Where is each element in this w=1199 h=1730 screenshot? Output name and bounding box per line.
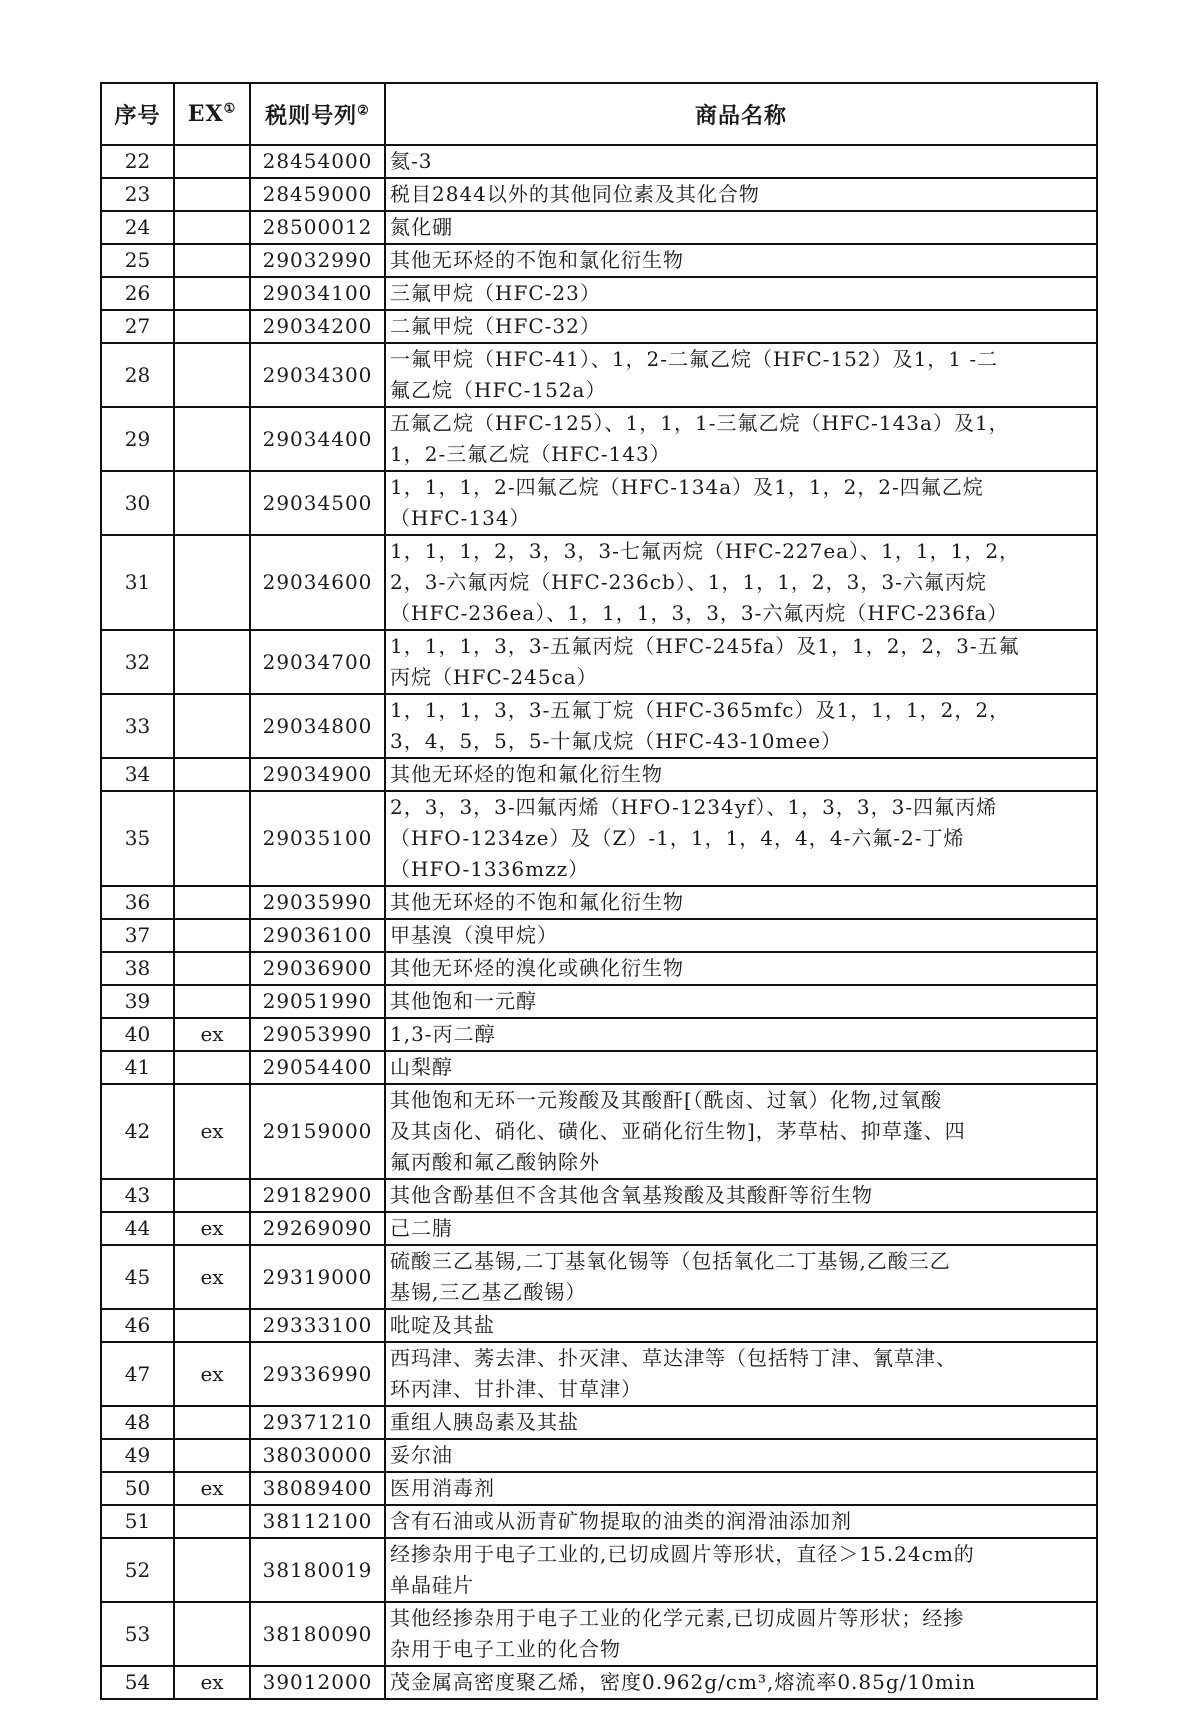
row-ex [174,310,250,343]
product-name-line: （HFO-1336mzz） [390,854,1092,885]
table-row: 5238180019经掺杂用于电子工业的,已切成圆片等形状，直径＞15.24cm… [101,1538,1097,1602]
row-ex [174,919,250,952]
table-row: 50ex38089400医用消毒剂 [101,1472,1097,1505]
table-row: 2729034200二氟甲烷（HFC-32） [101,310,1097,343]
row-tariff-code: 29336990 [250,1342,385,1406]
row-tariff-code: 38180019 [250,1538,385,1602]
row-ex [174,471,250,535]
product-name-line: 己二腈 [390,1213,1092,1244]
product-name-line: 含有石油或从沥青矿物提取的油类的润滑油添加剂 [390,1506,1092,1537]
product-name-line: 氟乙烷（HFC-152a） [390,375,1092,406]
row-product-name: 其他无环烃的溴化或碘化衍生物 [385,952,1097,985]
row-product-name: 己二腈 [385,1212,1097,1245]
product-name-line: 其他饱和一元醇 [390,986,1092,1017]
table-row: 5138112100含有石油或从沥青矿物提取的油类的润滑油添加剂 [101,1505,1097,1538]
table-row: 4829371210重组人胰岛素及其盐 [101,1406,1097,1439]
row-tariff-code: 29034800 [250,694,385,758]
row-ex [174,1309,250,1342]
document-page: 序号 EX① 税则号列② 商品名称 2228454000氦-3232845900… [100,82,1096,1700]
row-tariff-code: 29034900 [250,758,385,791]
row-seq: 29 [101,407,174,471]
table-row: 35290351002，3，3，3-四氟丙烯（HFO-1234yf）、1，3，3… [101,791,1097,886]
row-seq: 47 [101,1342,174,1406]
product-name-line: 其他无环烃的饱和氟化衍生物 [390,759,1092,790]
header-name: 商品名称 [385,83,1097,145]
product-name-line: 2，3，3，3-四氟丙烯（HFO-1234yf）、1，3，3，3-四氟丙烯 [390,792,1092,823]
header-ex-label: EX [188,101,224,127]
row-seq: 31 [101,535,174,630]
product-name-line: 其他饱和无环一元羧酸及其酸酐[（酰卤、过氧）化物,过氧酸 [390,1085,1092,1116]
row-seq: 50 [101,1472,174,1505]
product-name-line: 其他无环烃的溴化或碘化衍生物 [390,953,1092,984]
row-seq: 28 [101,343,174,407]
product-name-line: 税目2844以外的其他同位素及其化合物 [390,179,1092,210]
product-name-line: 氦-3 [390,146,1092,177]
row-seq: 48 [101,1406,174,1439]
table-row: 2829034300一氟甲烷（HFC-41）、1，2-二氟乙烷（HFC-152）… [101,343,1097,407]
footnote-marker-1: ① [224,102,237,117]
row-seq: 44 [101,1212,174,1245]
table-row: 4129054400山梨醇 [101,1051,1097,1084]
row-seq: 45 [101,1245,174,1309]
row-product-name: 西玛津、莠去津、扑灭津、草达津等（包括特丁津、氰草津、环丙津、甘扑津、甘草津） [385,1342,1097,1406]
row-product-name: 1，1，1，3，3-五氟丙烷（HFC-245fa）及1，1，2，2，3-五氟丙烷… [385,630,1097,694]
row-seq: 37 [101,919,174,952]
row-tariff-code: 29035100 [250,791,385,886]
header-code: 税则号列② [250,83,385,145]
product-name-line: 硫酸三乙基锡,二丁基氧化锡等（包括氧化二丁基锡,乙酸三乙 [390,1246,1092,1277]
row-tariff-code: 29051990 [250,985,385,1018]
table-row: 5338180090其他经掺杂用于电子工业的化学元素,已切成圆片等形状；经掺杂用… [101,1602,1097,1666]
product-name-line: 其他无环烃的不饱和氟化衍生物 [390,887,1092,918]
table-row: 2929034400五氟乙烷（HFC-125）、1，1，1-三氟乙烷（HFC-1… [101,407,1097,471]
row-seq: 30 [101,471,174,535]
row-ex [174,758,250,791]
table-row: 3429034900其他无环烃的饱和氟化衍生物 [101,758,1097,791]
row-tariff-code: 29159000 [250,1084,385,1179]
row-product-name: 氦-3 [385,145,1097,178]
row-seq: 34 [101,758,174,791]
product-name-line: 1,3-丙二醇 [390,1019,1092,1050]
row-product-name: 氮化硼 [385,211,1097,244]
row-seq: 49 [101,1439,174,1472]
row-ex [174,343,250,407]
table-row: 33290348001，1，1，3，3-五氟丁烷（HFC-365mfc）及1，1… [101,694,1097,758]
row-product-name: 妥尔油 [385,1439,1097,1472]
row-product-name: 税目2844以外的其他同位素及其化合物 [385,178,1097,211]
row-product-name: 重组人胰岛素及其盐 [385,1406,1097,1439]
row-product-name: 硫酸三乙基锡,二丁基氧化锡等（包括氧化二丁基锡,乙酸三乙基锡,三乙基乙酸锡） [385,1245,1097,1309]
product-name-line: 甲基溴（溴甲烷） [390,920,1092,951]
row-tariff-code: 29034400 [250,407,385,471]
row-tariff-code: 29034300 [250,343,385,407]
table-body: 2228454000氦-32328459000税目2844以外的其他同位素及其化… [101,145,1097,1699]
row-ex: ex [174,1666,250,1699]
row-tariff-code: 29053990 [250,1018,385,1051]
row-ex [174,1439,250,1472]
product-name-line: 1，1，1，3，3-五氟丁烷（HFC-365mfc）及1，1，1，2，2， [390,695,1092,726]
table-row: 4938030000妥尔油 [101,1439,1097,1472]
row-product-name: 其他饱和无环一元羧酸及其酸酐[（酰卤、过氧）化物,过氧酸及其卤化、硝化、磺化、亚… [385,1084,1097,1179]
row-ex [174,1602,250,1666]
product-name-line: 山梨醇 [390,1052,1092,1083]
row-ex [174,211,250,244]
row-product-name: 1，1，1，2-四氟乙烷（HFC-134a）及1，1，2，2-四氟乙烷（HFC-… [385,471,1097,535]
row-seq: 38 [101,952,174,985]
product-name-line: 1，1，1，3，3-五氟丙烷（HFC-245fa）及1，1，2，2，3-五氟 [390,631,1092,662]
table-row: 2529032990其他无环烃的不饱和氯化衍生物 [101,244,1097,277]
row-product-name: 其他含酚基但不含其他含氧基羧酸及其酸酐等衍生物 [385,1179,1097,1212]
product-name-line: 经掺杂用于电子工业的,已切成圆片等形状，直径＞15.24cm的 [390,1539,1092,1570]
row-product-name: 1，1，1，2，3，3，3-七氟丙烷（HFC-227ea）、1，1，1，2，2，… [385,535,1097,630]
table-row: 42ex29159000其他饱和无环一元羧酸及其酸酐[（酰卤、过氧）化物,过氧酸… [101,1084,1097,1179]
row-ex [174,1179,250,1212]
row-tariff-code: 29269090 [250,1212,385,1245]
row-seq: 35 [101,791,174,886]
product-name-line: 重组人胰岛素及其盐 [390,1407,1092,1438]
row-tariff-code: 39012000 [250,1666,385,1699]
row-ex [174,630,250,694]
table-row: 54ex39012000茂金属高密度聚乙烯，密度0.962g/cm³,熔流率0.… [101,1666,1097,1699]
table-row: 2328459000税目2844以外的其他同位素及其化合物 [101,178,1097,211]
row-ex: ex [174,1018,250,1051]
table-row: 3829036900其他无环烃的溴化或碘化衍生物 [101,952,1097,985]
row-seq: 23 [101,178,174,211]
table-row: 2428500012氮化硼 [101,211,1097,244]
row-product-name: 医用消毒剂 [385,1472,1097,1505]
table-row: 40ex290539901,3-丙二醇 [101,1018,1097,1051]
row-product-name: 山梨醇 [385,1051,1097,1084]
row-tariff-code: 38112100 [250,1505,385,1538]
row-seq: 42 [101,1084,174,1179]
row-ex [174,694,250,758]
table-row: 32290347001，1，1，3，3-五氟丙烷（HFC-245fa）及1，1，… [101,630,1097,694]
row-product-name: 含有石油或从沥青矿物提取的油类的润滑油添加剂 [385,1505,1097,1538]
row-ex: ex [174,1212,250,1245]
table-row: 47ex29336990西玛津、莠去津、扑灭津、草达津等（包括特丁津、氰草津、环… [101,1342,1097,1406]
product-name-line: 二氟甲烷（HFC-32） [390,311,1092,342]
product-name-line: 氟丙酸和氟乙酸钠除外 [390,1147,1092,1178]
row-seq: 52 [101,1538,174,1602]
row-tariff-code: 29034700 [250,630,385,694]
row-product-name: 1,3-丙二醇 [385,1018,1097,1051]
row-seq: 51 [101,1505,174,1538]
tariff-table: 序号 EX① 税则号列② 商品名称 2228454000氦-3232845900… [100,82,1098,1700]
row-tariff-code: 29319000 [250,1245,385,1309]
product-name-line: 吡啶及其盐 [390,1310,1092,1341]
row-tariff-code: 29035990 [250,886,385,919]
row-tariff-code: 38030000 [250,1439,385,1472]
row-tariff-code: 28500012 [250,211,385,244]
row-product-name: 吡啶及其盐 [385,1309,1097,1342]
product-name-line: 妥尔油 [390,1440,1092,1471]
row-seq: 26 [101,277,174,310]
row-tariff-code: 29036100 [250,919,385,952]
table-row: 2629034100三氟甲烷（HFC-23） [101,277,1097,310]
product-name-line: 2，3-六氟丙烷（HFC-236cb）、1，1，1，2，3，3-六氟丙烷 [390,567,1092,598]
row-ex [174,886,250,919]
row-seq: 43 [101,1179,174,1212]
row-ex [174,145,250,178]
row-product-name: 其他无环烃的不饱和氟化衍生物 [385,886,1097,919]
row-product-name: 三氟甲烷（HFC-23） [385,277,1097,310]
row-seq: 32 [101,630,174,694]
table-row: 2228454000氦-3 [101,145,1097,178]
row-seq: 54 [101,1666,174,1699]
product-name-line: 五氟乙烷（HFC-125）、1，1，1-三氟乙烷（HFC-143a）及1， [390,408,1092,439]
row-product-name: 其他无环烃的饱和氟化衍生物 [385,758,1097,791]
product-name-line: （HFC-134） [390,503,1092,534]
row-seq: 25 [101,244,174,277]
row-product-name: 甲基溴（溴甲烷） [385,919,1097,952]
product-name-line: 单晶硅片 [390,1570,1092,1601]
product-name-line: 西玛津、莠去津、扑灭津、草达津等（包括特丁津、氰草津、 [390,1343,1092,1374]
table-row: 3929051990其他饱和一元醇 [101,985,1097,1018]
product-name-line: 1，1，1，2，3，3，3-七氟丙烷（HFC-227ea）、1，1，1，2， [390,536,1092,567]
row-seq: 22 [101,145,174,178]
table-row: 4629333100吡啶及其盐 [101,1309,1097,1342]
product-name-line: 一氟甲烷（HFC-41）、1，2-二氟乙烷（HFC-152）及1，1 -二 [390,344,1092,375]
row-product-name: 1，1，1，3，3-五氟丁烷（HFC-365mfc）及1，1，1，2，2，3，4… [385,694,1097,758]
product-name-line: 环丙津、甘扑津、甘草津） [390,1374,1092,1405]
product-name-line: 1，2-三氟乙烷（HFC-143） [390,439,1092,470]
row-ex: ex [174,1342,250,1406]
table-row: 3729036100甲基溴（溴甲烷） [101,919,1097,952]
header-seq: 序号 [101,83,174,145]
product-name-line: 三氟甲烷（HFC-23） [390,278,1092,309]
row-ex [174,1051,250,1084]
row-tariff-code: 28454000 [250,145,385,178]
row-seq: 33 [101,694,174,758]
header-seq-label: 序号 [114,103,160,129]
product-name-line: 丙烷（HFC-245ca） [390,662,1092,693]
table-row: 4329182900其他含酚基但不含其他含氧基羧酸及其酸酐等衍生物 [101,1179,1097,1212]
row-product-name: 二氟甲烷（HFC-32） [385,310,1097,343]
row-ex: ex [174,1084,250,1179]
product-name-line: 及其卤化、硝化、磺化、亚硝化衍生物]，茅草枯、抑草蓬、四 [390,1116,1092,1147]
row-seq: 40 [101,1018,174,1051]
row-seq: 27 [101,310,174,343]
row-product-name: 茂金属高密度聚乙烯，密度0.962g/cm³,熔流率0.85g/10min [385,1666,1097,1699]
row-seq: 36 [101,886,174,919]
product-name-line: （HFC-236ea）、1，1，1，3，3，3-六氟丙烷（HFC-236fa） [390,598,1092,629]
product-name-line: 基锡,三乙基乙酸锡） [390,1277,1092,1308]
product-name-line: 其他无环烃的不饱和氯化衍生物 [390,245,1092,276]
table-row: 45ex29319000硫酸三乙基锡,二丁基氧化锡等（包括氧化二丁基锡,乙酸三乙… [101,1245,1097,1309]
row-tariff-code: 29032990 [250,244,385,277]
row-product-name: 其他饱和一元醇 [385,985,1097,1018]
row-tariff-code: 29182900 [250,1179,385,1212]
row-product-name: 经掺杂用于电子工业的,已切成圆片等形状，直径＞15.24cm的单晶硅片 [385,1538,1097,1602]
row-seq: 41 [101,1051,174,1084]
product-name-line: （HFO-1234ze）及（Z）-1，1，1，4，4，4-六氟-2-丁烯 [390,823,1092,854]
product-name-line: 茂金属高密度聚乙烯，密度0.962g/cm³,熔流率0.85g/10min [390,1667,1092,1698]
footnote-marker-2: ② [357,103,370,118]
row-tariff-code: 29333100 [250,1309,385,1342]
product-name-line: 氮化硼 [390,212,1092,243]
row-ex [174,244,250,277]
row-seq: 24 [101,211,174,244]
row-ex [174,791,250,886]
row-product-name: 一氟甲烷（HFC-41）、1，2-二氟乙烷（HFC-152）及1，1 -二氟乙烷… [385,343,1097,407]
row-ex: ex [174,1472,250,1505]
header-name-label: 商品名称 [695,103,787,129]
row-seq: 46 [101,1309,174,1342]
row-tariff-code: 29034200 [250,310,385,343]
table-row: 31290346001，1，1，2，3，3，3-七氟丙烷（HFC-227ea）、… [101,535,1097,630]
row-tariff-code: 29054400 [250,1051,385,1084]
row-tariff-code: 29371210 [250,1406,385,1439]
row-ex [174,407,250,471]
row-ex [174,985,250,1018]
header-ex: EX① [174,83,250,145]
row-tariff-code: 29034100 [250,277,385,310]
row-ex [174,952,250,985]
row-product-name: 其他无环烃的不饱和氯化衍生物 [385,244,1097,277]
row-ex: ex [174,1245,250,1309]
row-product-name: 2，3，3，3-四氟丙烯（HFO-1234yf）、1，3，3，3-四氟丙烯（HF… [385,791,1097,886]
row-ex [174,178,250,211]
row-product-name: 其他经掺杂用于电子工业的化学元素,已切成圆片等形状；经掺杂用于电子工业的化合物 [385,1602,1097,1666]
product-name-line: 杂用于电子工业的化合物 [390,1634,1092,1665]
row-ex [174,1538,250,1602]
header-code-label: 税则号列 [265,103,357,129]
product-name-line: 1，1，1，2-四氟乙烷（HFC-134a）及1，1，2，2-四氟乙烷 [390,472,1092,503]
row-ex [174,277,250,310]
row-seq: 39 [101,985,174,1018]
product-name-line: 其他经掺杂用于电子工业的化学元素,已切成圆片等形状；经掺 [390,1603,1092,1634]
row-tariff-code: 38089400 [250,1472,385,1505]
product-name-line: 3，4，5，5，5-十氟戊烷（HFC-43-10mee） [390,726,1092,757]
table-row: 44ex29269090己二腈 [101,1212,1097,1245]
row-tariff-code: 29034500 [250,471,385,535]
product-name-line: 其他含酚基但不含其他含氧基羧酸及其酸酐等衍生物 [390,1180,1092,1211]
row-ex [174,1406,250,1439]
product-name-line: 医用消毒剂 [390,1473,1092,1504]
table-row: 3629035990其他无环烃的不饱和氟化衍生物 [101,886,1097,919]
row-ex [174,535,250,630]
row-tariff-code: 29036900 [250,952,385,985]
row-tariff-code: 29034600 [250,535,385,630]
row-tariff-code: 28459000 [250,178,385,211]
row-seq: 53 [101,1602,174,1666]
table-row: 30290345001，1，1，2-四氟乙烷（HFC-134a）及1，1，2，2… [101,471,1097,535]
row-ex [174,1505,250,1538]
table-header-row: 序号 EX① 税则号列② 商品名称 [101,83,1097,145]
row-tariff-code: 38180090 [250,1602,385,1666]
row-product-name: 五氟乙烷（HFC-125）、1，1，1-三氟乙烷（HFC-143a）及1，1，2… [385,407,1097,471]
